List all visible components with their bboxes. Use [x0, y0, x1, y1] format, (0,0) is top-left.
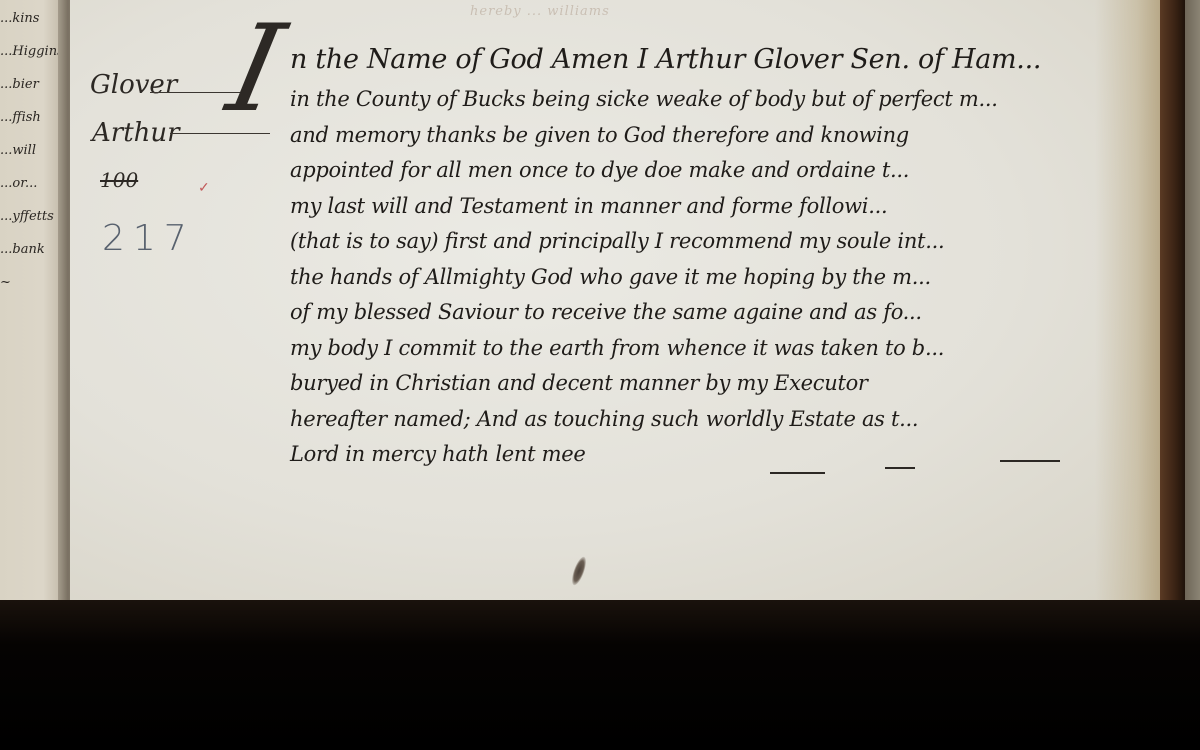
facing-line: ...bank [0, 233, 58, 266]
line-filler-dash [770, 472, 825, 474]
facing-line: ...ffish [0, 101, 58, 134]
will-line: in the County of Bucks being sicke weake… [290, 87, 1130, 123]
margin-forename: Arthur [92, 118, 180, 148]
will-line: appointed for all men once to dye doe ma… [290, 158, 1130, 194]
will-line: n the Name of God Amen I Arthur Glover S… [290, 44, 1130, 87]
facing-line: ...or... [0, 167, 58, 200]
background-strip [1185, 0, 1200, 620]
struck-folio-number: 100 [100, 168, 138, 192]
will-line: the hands of Allmighty God who gave it m… [290, 265, 1130, 301]
will-line: and memory thanks be given to God theref… [290, 123, 1130, 159]
will-line: hereafter named; And as touching such wo… [290, 407, 1130, 443]
facing-line: ...kins [0, 2, 58, 35]
margin-surname: Glover [90, 70, 177, 100]
manuscript-photo: ...kins ...Higgins ...bier ...ffish ...w… [0, 0, 1200, 750]
will-line: of my blessed Saviour to receive the sam… [290, 300, 1130, 336]
line-filler-dash [1000, 460, 1060, 462]
dark-background [0, 600, 1200, 750]
will-line: buryed in Christian and decent manner by… [290, 371, 1130, 407]
facing-page-text: ...kins ...Higgins ...bier ...ffish ...w… [0, 0, 58, 342]
will-line: my body I commit to the earth from whenc… [290, 336, 1130, 372]
will-body: n the Name of God Amen I Arthur Glover S… [290, 52, 1130, 478]
red-tick-icon: ✓ [198, 180, 210, 196]
facing-line: ...Higgins [0, 35, 58, 68]
book-fore-edge [1160, 0, 1185, 615]
facing-line: ...yffetts [0, 200, 58, 233]
facing-line: ...bier [0, 68, 58, 101]
will-line: (that is to say) first and principally I… [290, 229, 1130, 265]
facing-line: ...will [0, 134, 58, 167]
bleed-through-text: hereby ... williams [470, 4, 610, 19]
facing-line: ~ [0, 266, 58, 299]
will-line: my last will and Testament in manner and… [290, 194, 1130, 230]
line-filler-dash [885, 467, 915, 469]
folio-number: 217 [102, 218, 195, 259]
